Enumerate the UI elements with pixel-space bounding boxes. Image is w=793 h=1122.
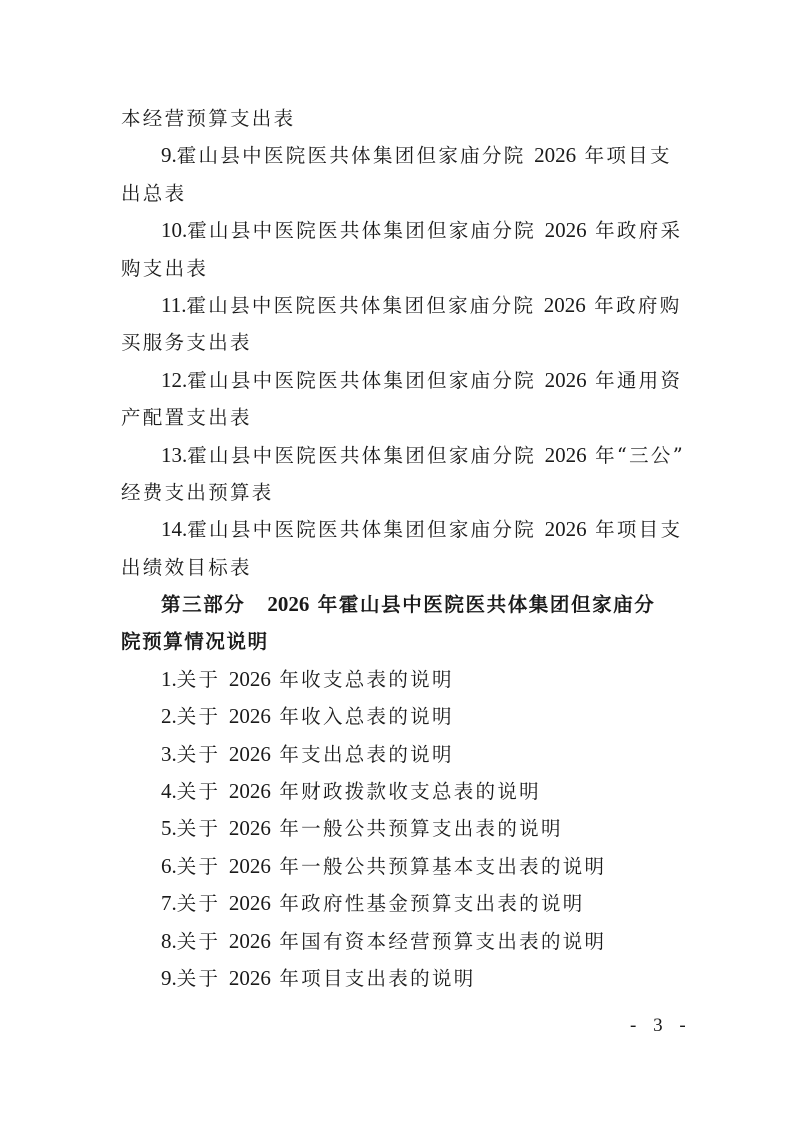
item-number: 9. — [161, 143, 177, 167]
item-number: 4. — [161, 779, 177, 803]
item-text: 霍山县中医院医共体集团但家庙分院 — [187, 369, 536, 392]
item-text: 霍山县中医院医共体集团但家庙分院 — [187, 518, 536, 541]
item-year: 2026 — [229, 966, 271, 990]
item-text-rest: 年项目支 — [595, 518, 682, 541]
item-prefix: 关于 — [177, 668, 221, 691]
item-prefix: 关于 — [177, 780, 221, 803]
item-number: 5. — [161, 816, 177, 840]
item-year: 2026 — [229, 667, 271, 691]
section-year: 2026 — [267, 592, 309, 616]
item-year: 2026 — [229, 816, 271, 840]
table-list-item-wrap: 买服务支出表 — [121, 324, 673, 361]
item-number: 14. — [161, 517, 187, 541]
item-number: 13. — [161, 443, 187, 467]
table-list-item-wrap: 经费支出预算表 — [121, 474, 673, 511]
explanation-item: 2.关于 2026 年收入总表的说明 — [121, 698, 673, 735]
table-list-item: 12.霍山县中医院医共体集团但家庙分院 2026 年通用资 — [121, 362, 673, 399]
item-text: 霍山县中医院医共体集团但家庙分院 — [177, 144, 526, 167]
item-number: 1. — [161, 667, 177, 691]
explanation-item: 8.关于 2026 年国有资本经营预算支出表的说明 — [121, 923, 673, 960]
table-list-item-wrap: 购支出表 — [121, 250, 673, 287]
explanation-item: 4.关于 2026 年财政拨款收支总表的说明 — [121, 773, 673, 810]
item-text-rest: 年通用资 — [595, 369, 682, 392]
item-text: 年财政拨款收支总表的说明 — [279, 780, 541, 803]
item-number: 12. — [161, 368, 187, 392]
item-number: 9. — [161, 966, 177, 990]
explanation-item: 6.关于 2026 年一般公共预算基本支出表的说明 — [121, 848, 673, 885]
section-title: 年霍山县中医院医共体集团但家庙分 — [318, 593, 656, 616]
item-year: 2026 — [229, 854, 271, 878]
section-heading-wrap: 院预算情况说明 — [121, 623, 673, 660]
item-text: 年一般公共预算基本支出表的说明 — [279, 855, 606, 878]
continuation-line: 本经营预算支出表 — [121, 100, 673, 137]
item-year: 2026 — [545, 368, 587, 392]
item-number: 6. — [161, 854, 177, 878]
table-list-item: 10.霍山县中医院医共体集团但家庙分院 2026 年政府采 — [121, 212, 673, 249]
item-text-rest: 年政府购 — [594, 294, 681, 317]
item-year: 2026 — [545, 517, 587, 541]
item-prefix: 关于 — [177, 705, 221, 728]
item-text: 年国有资本经营预算支出表的说明 — [279, 930, 606, 953]
table-list-item: 11.霍山县中医院医共体集团但家庙分院 2026 年政府购 — [121, 287, 673, 324]
explanation-item: 7.关于 2026 年政府性基金预算支出表的说明 — [121, 885, 673, 922]
item-prefix: 关于 — [177, 855, 221, 878]
item-number: 7. — [161, 891, 177, 915]
item-year: 2026 — [229, 742, 271, 766]
item-year: 2026 — [229, 891, 271, 915]
item-text: 霍山县中医院医共体集团但家庙分院 — [187, 444, 536, 467]
section-label: 第三部分 — [161, 593, 245, 616]
item-number: 10. — [161, 218, 187, 242]
item-year: 2026 — [545, 218, 587, 242]
item-prefix: 关于 — [177, 817, 221, 840]
item-text-rest: 年“三公” — [595, 444, 685, 467]
item-text: 年收入总表的说明 — [279, 705, 453, 728]
item-text: 年支出总表的说明 — [279, 743, 453, 766]
table-list-item: 9.霍山县中医院医共体集团但家庙分院 2026 年项目支 — [121, 137, 673, 174]
table-list-item-wrap: 产配置支出表 — [121, 399, 673, 436]
item-year: 2026 — [544, 293, 586, 317]
table-list-item-wrap: 出总表 — [121, 175, 673, 212]
table-list-item: 14.霍山县中医院医共体集团但家庙分院 2026 年项目支 — [121, 511, 673, 548]
explanation-item: 5.关于 2026 年一般公共预算支出表的说明 — [121, 810, 673, 847]
item-number: 2. — [161, 704, 177, 728]
item-text: 年一般公共预算支出表的说明 — [279, 817, 562, 840]
table-list-item: 13.霍山县中医院医共体集团但家庙分院 2026 年“三公” — [121, 437, 673, 474]
explanation-item: 3.关于 2026 年支出总表的说明 — [121, 736, 673, 773]
item-year: 2026 — [229, 779, 271, 803]
item-prefix: 关于 — [177, 930, 221, 953]
item-text: 年收支总表的说明 — [279, 668, 453, 691]
page-number: - 3 - — [630, 1015, 692, 1037]
item-text: 霍山县中医院医共体集团但家庙分院 — [186, 294, 535, 317]
item-text: 年政府性基金预算支出表的说明 — [279, 892, 584, 915]
explanation-item: 9.关于 2026 年项目支出表的说明 — [121, 960, 673, 997]
item-prefix: 关于 — [177, 967, 221, 990]
item-text-rest: 年项目支 — [585, 144, 672, 167]
item-number: 11. — [161, 293, 186, 317]
item-number: 3. — [161, 742, 177, 766]
table-list-item-wrap: 出绩效目标表 — [121, 549, 673, 586]
item-year: 2026 — [229, 929, 271, 953]
item-number: 8. — [161, 929, 177, 953]
section-heading: 第三部分2026 年霍山县中医院医共体集团但家庙分 — [121, 586, 673, 623]
item-text: 霍山县中医院医共体集团但家庙分院 — [187, 219, 536, 242]
item-text-rest: 年政府采 — [595, 219, 682, 242]
item-year: 2026 — [534, 143, 576, 167]
item-year: 2026 — [545, 443, 587, 467]
item-prefix: 关于 — [177, 743, 221, 766]
item-year: 2026 — [229, 704, 271, 728]
item-text: 年项目支出表的说明 — [279, 967, 475, 990]
item-prefix: 关于 — [177, 892, 221, 915]
explanation-item: 1.关于 2026 年收支总表的说明 — [121, 661, 673, 698]
document-page: 本经营预算支出表 9.霍山县中医院医共体集团但家庙分院 2026 年项目支 出总… — [121, 100, 673, 997]
